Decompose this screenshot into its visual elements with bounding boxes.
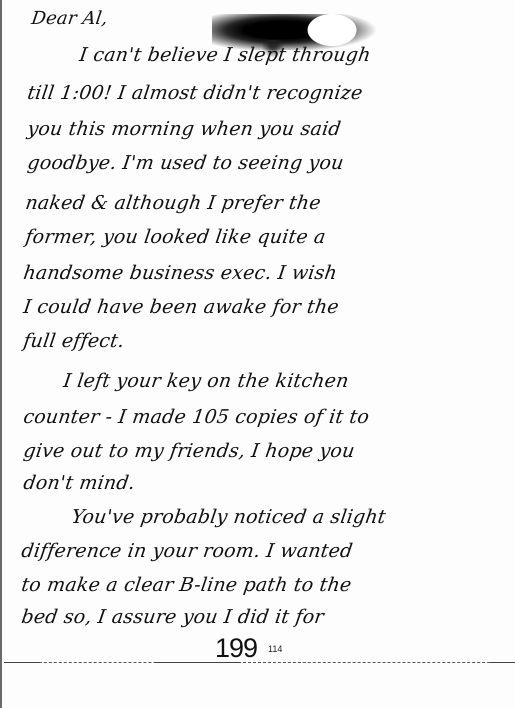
letter-line: handsome business exec. I wish [22, 262, 339, 284]
bottom-rule-segment [490, 662, 515, 663]
letter-line: I left your key on the kitchen [62, 370, 350, 392]
bottom-rule-segment [4, 662, 40, 663]
letter-line: don't mind. [22, 472, 137, 494]
letter-line: give out to my friends, I hope you [22, 440, 356, 462]
letter-line: full effect. [22, 330, 126, 352]
letter-line: till 1:00! I almost didn't recognize [26, 82, 364, 104]
letter-line: I can't believe I slept through [78, 44, 372, 66]
scan-edge [0, 0, 2, 708]
letter-line: you this morning when you said [26, 118, 342, 140]
letter-line: counter - I made 105 copies of it to [22, 406, 371, 428]
scanned-letter-page: Dear Al, I can't believe I slept through… [0, 0, 515, 708]
page-number: 199 [215, 633, 257, 664]
bottom-rule [4, 662, 515, 663]
letter-line: difference in your room. I wanted [20, 540, 354, 562]
salutation: Dear Al, [30, 8, 109, 29]
letter-line: naked & although I prefer the [24, 192, 322, 214]
letter-line: goodbye. I'm used to seeing you [26, 152, 345, 174]
letter-line: to make a clear B-line path to the [20, 574, 353, 596]
letter-line: former, you looked like quite a [24, 226, 327, 248]
letter-line: You've probably noticed a slight [70, 506, 387, 528]
page-annotation: 114 [268, 644, 282, 654]
letter-line: bed so, I assure you I did it for [20, 606, 325, 628]
bottom-rule-segment [155, 662, 240, 663]
letter-line: I could have been awake for the [22, 296, 340, 318]
